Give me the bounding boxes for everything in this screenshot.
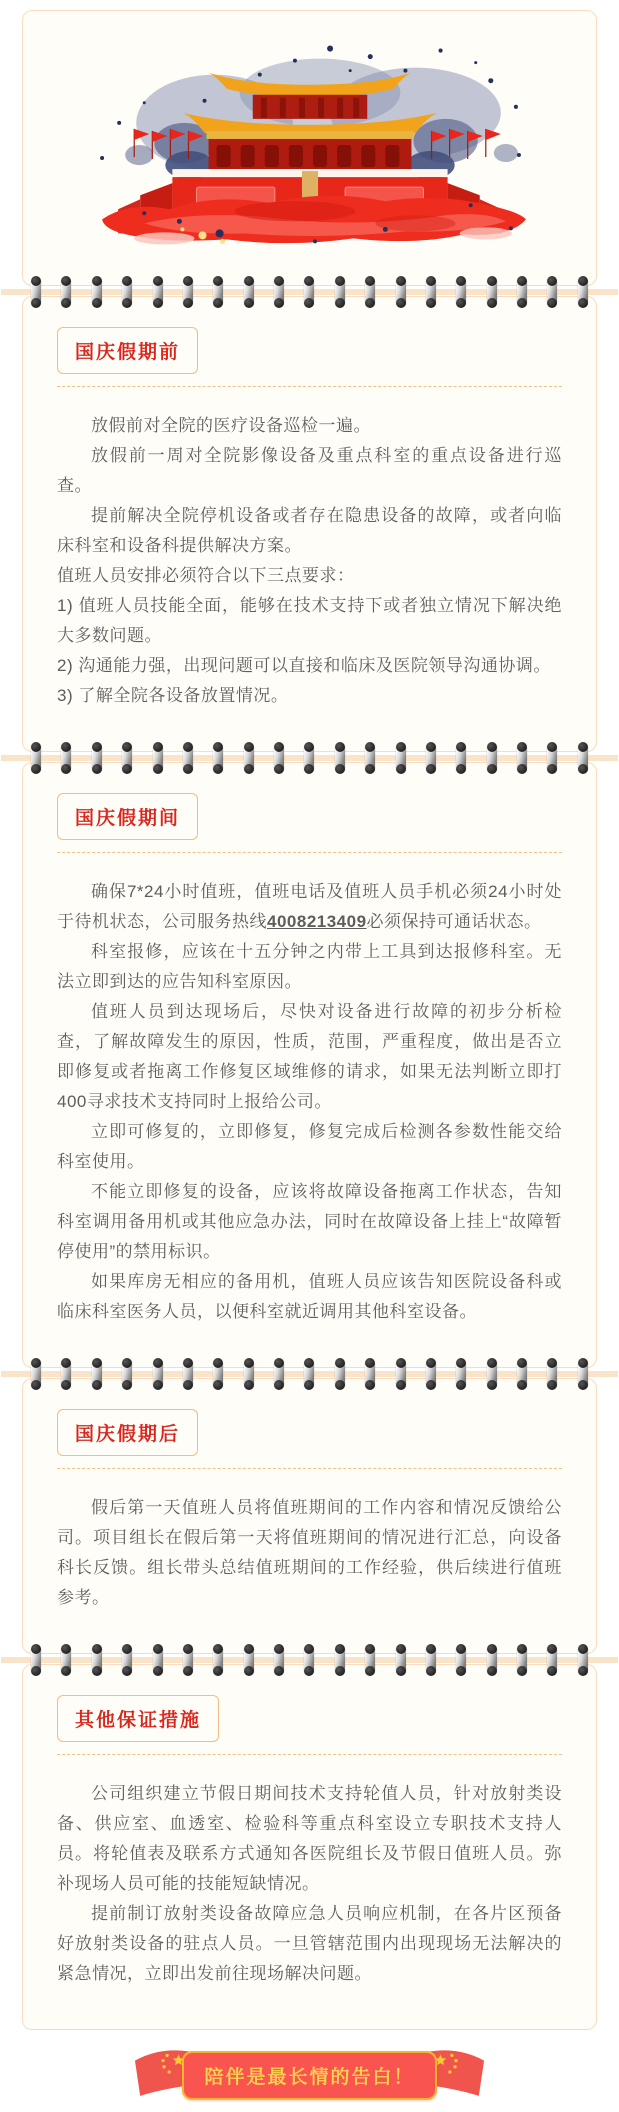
section-card: 国庆假期前 放假前对全院的医疗设备巡检一遍。放假前一周对全院影像设备及重点科室的… xyxy=(22,296,597,752)
dashed-divider xyxy=(57,1754,562,1755)
footer-banner: 陪伴是最长情的告白！ xyxy=(182,2051,436,2100)
dashed-divider xyxy=(57,852,562,853)
section-paragraphs: 公司组织建立节假日期间技术支持轮值人员，针对放射类设备、供应室、血透室、检验科等… xyxy=(57,1779,562,1989)
paragraph: 值班人员安排必须符合以下三点要求： xyxy=(57,561,562,591)
dashed-divider xyxy=(57,386,562,387)
paragraph: 假后第一天值班人员将值班期间的工作内容和情况反馈给公司。项目组长在假后第一天将值… xyxy=(57,1493,562,1613)
section-badge: 国庆假期前 xyxy=(57,327,198,374)
section-card: 国庆假期间 确保7*24小时值班，值班电话及值班人员手机必须24小时处于待机状态… xyxy=(22,762,597,1368)
paragraph: 不能立即修复的设备，应该将故障设备拖离工作状态，告知科室调用备用机或其他应急办法… xyxy=(57,1177,562,1267)
paragraph: 如果库房无相应的备用机，值班人员应该告知医院设备科或临床科室医务人员，以便科室就… xyxy=(57,1267,562,1327)
section-card: 其他保证措施 公司组织建立节假日期间技术支持轮值人员，针对放射类设备、供应室、血… xyxy=(22,1664,597,2030)
paragraph: 2) 沟通能力强，出现问题可以直接和临床及医院领导沟通协调。 xyxy=(57,651,562,681)
section-badge: 国庆假期间 xyxy=(57,793,198,840)
paragraph: 提前制订放射类设备故障应急人员响应机制，在各片区预备好放射类设备的驻点人员。一旦… xyxy=(57,1899,562,1989)
paragraph: 放假前对全院的医疗设备巡检一遍。 xyxy=(57,411,562,441)
paragraph: 值班人员到达现场后，尽快对设备进行故障的初步分析检查，了解故障发生的原因，性质，… xyxy=(57,997,562,1117)
paragraph: 1) 值班人员技能全面，能够在技术支持下或者独立情况下解决绝大多数问题。 xyxy=(57,591,562,651)
paragraph: 放假前一周对全院影像设备及重点科室的重点设备进行巡查。 xyxy=(57,441,562,501)
paragraph: 提前解决全院停机设备或者存在隐患设备的故障，或者向临床科室和设备科提供解决方案。 xyxy=(57,501,562,561)
section-badge: 国庆假期后 xyxy=(57,1409,198,1456)
footer-banner-text: 陪伴是最长情的告白！ xyxy=(204,2067,414,2088)
section-paragraphs: 确保7*24小时值班，值班电话及值班人员手机必须24小时处于待机状态，公司服务热… xyxy=(57,877,562,1327)
paragraph: 立即可修复的，立即修复，修复完成后检测各参数性能交给科室使用。 xyxy=(57,1117,562,1177)
paragraph: 3) 了解全院各设备放置情况。 xyxy=(57,681,562,711)
paragraph: 科室报修，应该在十五分钟之内带上工具到达报修科室。无法立即到达的应告知科室原因。 xyxy=(57,937,562,997)
tiananmen-illustration xyxy=(84,42,536,254)
section-badge: 其他保证措施 xyxy=(57,1695,219,1742)
paragraph-text: 必须保持可通话状态。 xyxy=(367,912,542,931)
header-card xyxy=(22,10,597,286)
paragraph: 公司组织建立节假日期间技术支持轮值人员，针对放射类设备、供应室、血透室、检验科等… xyxy=(57,1779,562,1899)
paragraph: 确保7*24小时值班，值班电话及值班人员手机必须24小时处于待机状态，公司服务热… xyxy=(57,877,562,937)
footer-banner-row: 陪伴是最长情的告白！ xyxy=(22,2050,597,2100)
content-sections: 国庆假期前 放假前对全院的医疗设备巡检一遍。放假前一周对全院影像设备及重点科室的… xyxy=(22,296,597,2030)
section-paragraphs: 假后第一天值班人员将值班期间的工作内容和情况反馈给公司。项目组长在假后第一天将值… xyxy=(57,1493,562,1613)
dashed-divider xyxy=(57,1468,562,1469)
article: 国庆假期前 放假前对全院的医疗设备巡检一遍。放假前一周对全院影像设备及重点科室的… xyxy=(0,0,619,2100)
service-hotline-number[interactable]: 4008213409 xyxy=(267,912,367,931)
section-paragraphs: 放假前对全院的医疗设备巡检一遍。放假前一周对全院影像设备及重点科室的重点设备进行… xyxy=(57,411,562,711)
section-card: 国庆假期后 假后第一天值班人员将值班期间的工作内容和情况反馈给公司。项目组长在假… xyxy=(22,1378,597,1654)
